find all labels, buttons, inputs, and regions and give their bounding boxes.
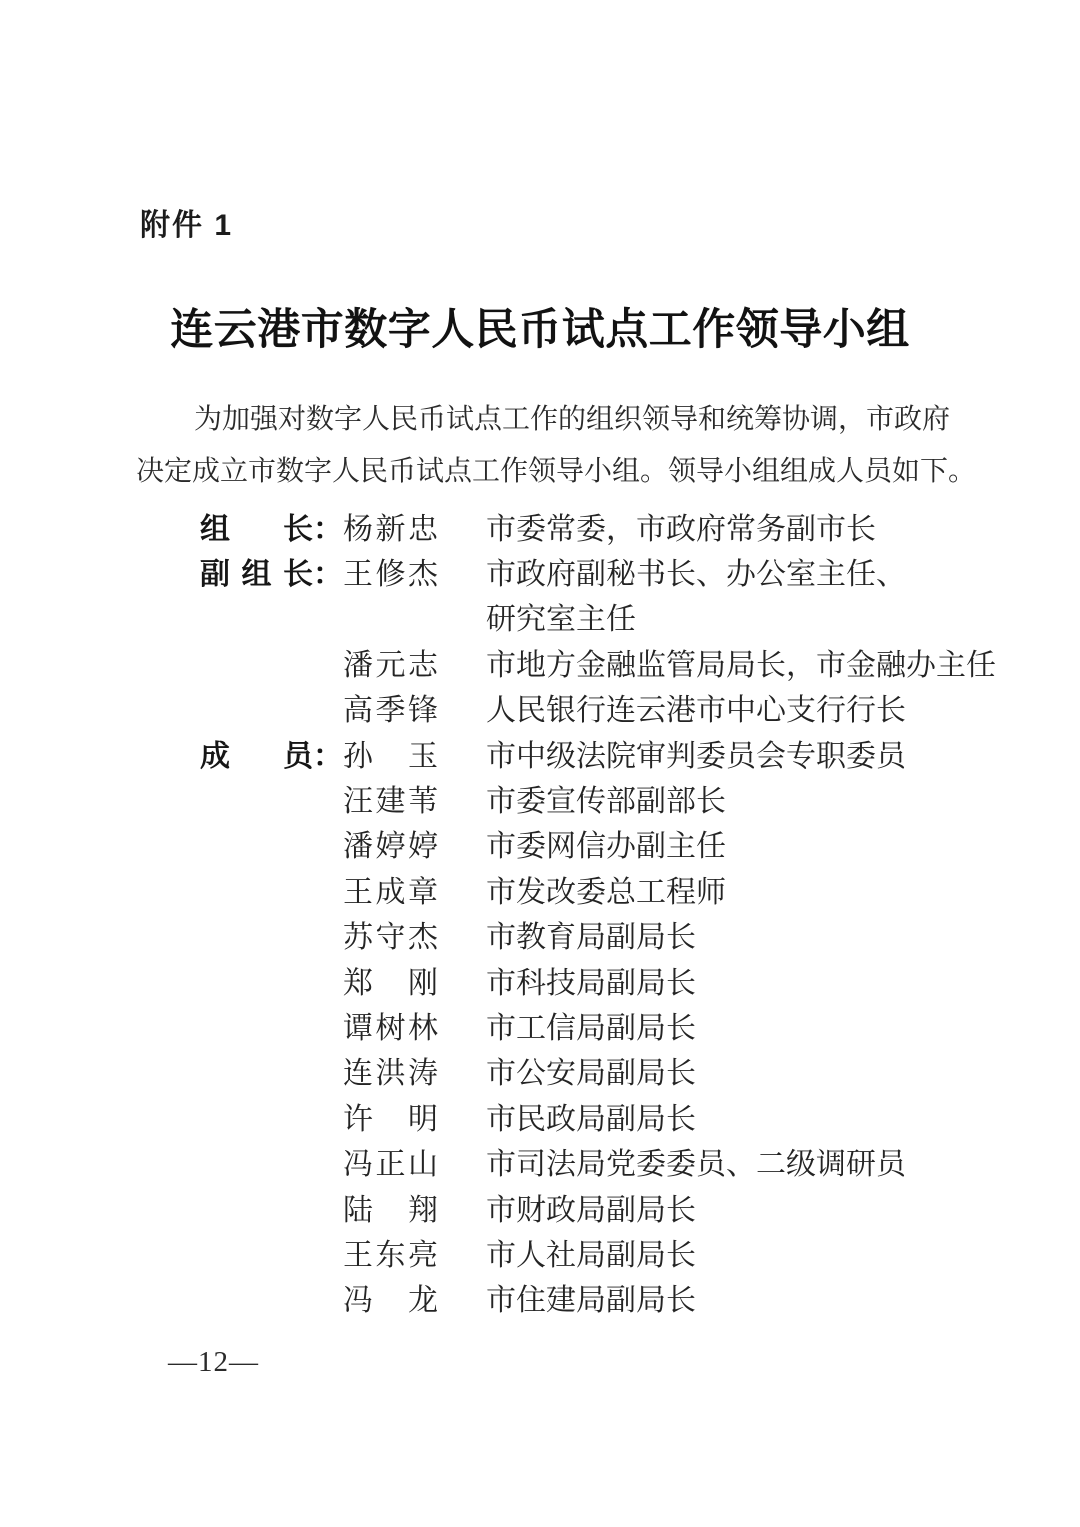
member-title: 研究室主任 — [486, 594, 990, 638]
member-title: 市教育局副局长 — [486, 912, 990, 956]
member-title: 市委网信办副主任 — [486, 821, 990, 865]
member-name: 谭树林 — [343, 1003, 438, 1047]
role-colon: ： — [313, 549, 343, 593]
member-title: 市工信局副局长 — [486, 1003, 990, 1047]
role-label: 成员 — [200, 731, 313, 775]
intro-line-2: 决定成立市数字人民币试点工作领导小组。领导小组组成人员如下。 — [136, 446, 976, 498]
roster-row: 汪建苇 市委宣传部副部长 — [200, 775, 990, 820]
attachment-label: 附件 1 — [140, 200, 233, 244]
page-number: —12— — [168, 1346, 259, 1379]
role-colon: ： — [313, 731, 343, 775]
roster-row: 潘元志 市地方金融监管局局长，市金融办主任 — [200, 639, 990, 684]
member-name: 许明 — [343, 1094, 438, 1138]
member-name: 高季锋 — [343, 685, 438, 729]
role-label: 副组长 — [200, 549, 313, 593]
role-colon: ： — [313, 504, 343, 548]
roster-row: 副组长 ： 王修杰 市政府副秘书长、办公室主任、 — [200, 548, 990, 593]
role-cell: 组长 ： — [200, 504, 343, 548]
member-title: 市财政局副局长 — [486, 1185, 990, 1229]
role-label: 组长 — [200, 504, 313, 548]
roster-row: 冯正山 市司法局党委委员、二级调研员 — [200, 1138, 990, 1183]
roster-row: 潘婷婷 市委网信办副主任 — [200, 821, 990, 866]
member-name: 王成章 — [343, 867, 438, 911]
roster-row: 组长 ： 杨新忠 市委常委，市政府常务副市长 — [200, 503, 990, 548]
member-title: 市发改委总工程师 — [486, 867, 990, 911]
member-title: 市科技局副局长 — [486, 958, 990, 1002]
member-name: 王东亮 — [343, 1230, 438, 1274]
roster-row: 高季锋 人民银行连云港市中心支行行长 — [200, 685, 990, 730]
roster-row: 苏守杰 市教育局副局长 — [200, 912, 990, 957]
member-name: 冯正山 — [343, 1139, 438, 1183]
intro-line-1: 为加强对数字人民币试点工作的组织领导和统筹协调，市政府 — [136, 394, 976, 446]
member-title: 市政府副秘书长、办公室主任、 — [486, 549, 990, 593]
intro-paragraph: 为加强对数字人民币试点工作的组织领导和统筹协调，市政府 决定成立市数字人民币试点… — [136, 394, 976, 498]
roster-row: 许明 市民政局副局长 — [200, 1093, 990, 1138]
roster-row: 冯龙 市住建局副局长 — [200, 1275, 990, 1320]
member-name: 潘元志 — [343, 640, 438, 684]
member-title: 市民政局副局长 — [486, 1094, 990, 1138]
roster-row: 成员 ： 孙玉 市中级法院审判委员会专职委员 — [200, 730, 990, 775]
member-name: 郑刚 — [343, 958, 438, 1002]
member-title: 市司法局党委委员、二级调研员 — [486, 1139, 990, 1183]
member-title: 市地方金融监管局局长，市金融办主任 — [486, 640, 996, 684]
role-cell: 成员 ： — [200, 731, 343, 775]
roster-row: 郑刚 市科技局副局长 — [200, 957, 990, 1002]
roster: 组长 ： 杨新忠 市委常委，市政府常务副市长 副组长 ： 王修杰 市政府副秘书长… — [200, 503, 990, 1320]
roster-row: 研究室主任 — [200, 594, 990, 639]
document-page: 附件 1 连云港市数字人民币试点工作领导小组 为加强对数字人民币试点工作的组织领… — [0, 0, 1080, 1527]
roster-row: 王成章 市发改委总工程师 — [200, 866, 990, 911]
member-name: 冯龙 — [343, 1275, 438, 1319]
roster-row: 连洪涛 市公安局副局长 — [200, 1048, 990, 1093]
member-name: 连洪涛 — [343, 1048, 438, 1092]
member-title: 市委宣传部副部长 — [486, 776, 990, 820]
member-name: 苏守杰 — [343, 912, 438, 956]
member-name: 汪建苇 — [343, 776, 438, 820]
member-title: 市委常委，市政府常务副市长 — [486, 504, 990, 548]
member-title: 市中级法院审判委员会专职委员 — [486, 731, 990, 775]
member-title: 市住建局副局长 — [486, 1275, 990, 1319]
member-name: 杨新忠 — [343, 504, 438, 548]
roster-row: 陆翔 市财政局副局长 — [200, 1184, 990, 1229]
page-title: 连云港市数字人民币试点工作领导小组 — [0, 296, 1080, 357]
role-cell: 副组长 ： — [200, 549, 343, 593]
member-title: 市人社局副局长 — [486, 1230, 990, 1274]
member-title: 人民银行连云港市中心支行行长 — [486, 685, 990, 729]
member-title: 市公安局副局长 — [486, 1048, 990, 1092]
member-name: 王修杰 — [343, 549, 438, 593]
member-name: 孙玉 — [343, 731, 438, 775]
roster-row: 王东亮 市人社局副局长 — [200, 1229, 990, 1274]
member-name: 潘婷婷 — [343, 821, 438, 865]
roster-row: 谭树林 市工信局副局长 — [200, 1002, 990, 1047]
member-name: 陆翔 — [343, 1185, 438, 1229]
